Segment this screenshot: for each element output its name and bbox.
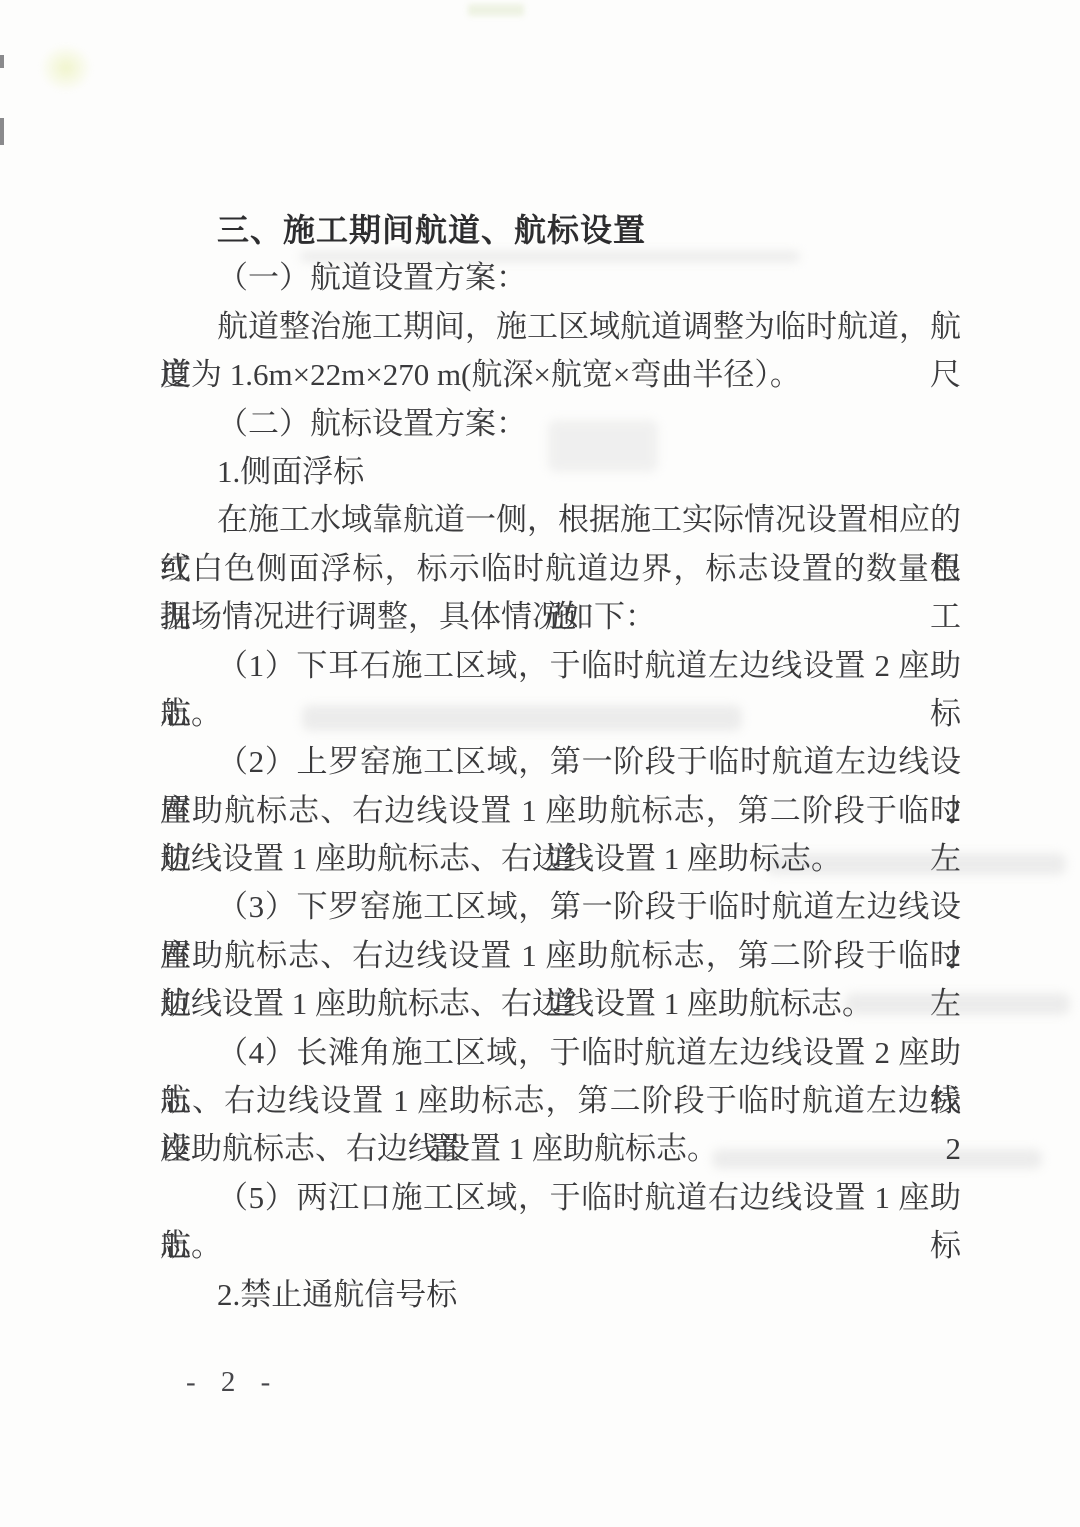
doc-line: （5）两江口施工区域，于临时航道右边线设置 1 座助航标 xyxy=(160,1174,961,1222)
scanned-document-page: 三、施工期间航道、航标设置 （一）航道设置方案： 航道整治施工期间，施工区域航道… xyxy=(0,0,1080,1527)
doc-line: （2）上罗窑施工区域，第一阶段于临时航道左边线设置 2 xyxy=(160,738,961,786)
doc-line: 志、右边线设置 1 座助标志，第二阶段于临时航道左边线设置 2 xyxy=(160,1077,961,1125)
list-item-heading: 1.侧面浮标 xyxy=(160,448,961,496)
subsection-label: （二）航标设置方案： xyxy=(160,400,961,448)
doc-line: （4）长滩角施工区域，于临时航道左边线设置 2 座助航标 xyxy=(160,1029,961,1077)
doc-line: （1）下耳石施工区域，于临时航道左边线设置 2 座助航标 xyxy=(160,642,961,690)
document-body: 三、施工期间航道、航标设置 （一）航道设置方案： 航道整治施工期间，施工区域航道… xyxy=(160,206,961,1319)
scan-smudge-yellow xyxy=(40,44,92,92)
doc-line: 边线设置 1 座助航标志、右边线设置 1 座助标志。 xyxy=(160,835,961,883)
doc-line: 座助航标志、右边线设置 1 座助航标志，第二阶段于临时航道左 xyxy=(160,932,961,980)
doc-line: 航道整治施工期间，施工区域航道调整为临时航道，航道尺 xyxy=(160,303,961,351)
doc-line: 或白色侧面浮标，标示临时航道边界，标志设置的数量根据施工 xyxy=(160,545,961,593)
doc-line: 座助航标志、右边线设置 1 座助航标志，第二阶段于临时航道左 xyxy=(160,787,961,835)
doc-line: （3）下罗窑施工区域，第一阶段于临时航道左边线设置 2 xyxy=(160,883,961,931)
doc-line: 边线设置 1 座助航标志、右边线设置 1 座助航标志。 xyxy=(160,980,961,1028)
scan-smudge-top xyxy=(468,4,524,16)
list-item-heading: 2.禁止通航信号标 xyxy=(160,1271,961,1319)
doc-line: 在施工水域靠航道一侧，根据施工实际情况设置相应的红色 xyxy=(160,496,961,544)
subsection-label: （一）航道设置方案： xyxy=(160,254,961,302)
scan-edge-mark xyxy=(0,118,4,145)
section-heading: 三、施工期间航道、航标设置 xyxy=(160,206,961,254)
scan-edge-mark xyxy=(0,55,4,68)
page-number: - 2 - xyxy=(186,1366,279,1399)
